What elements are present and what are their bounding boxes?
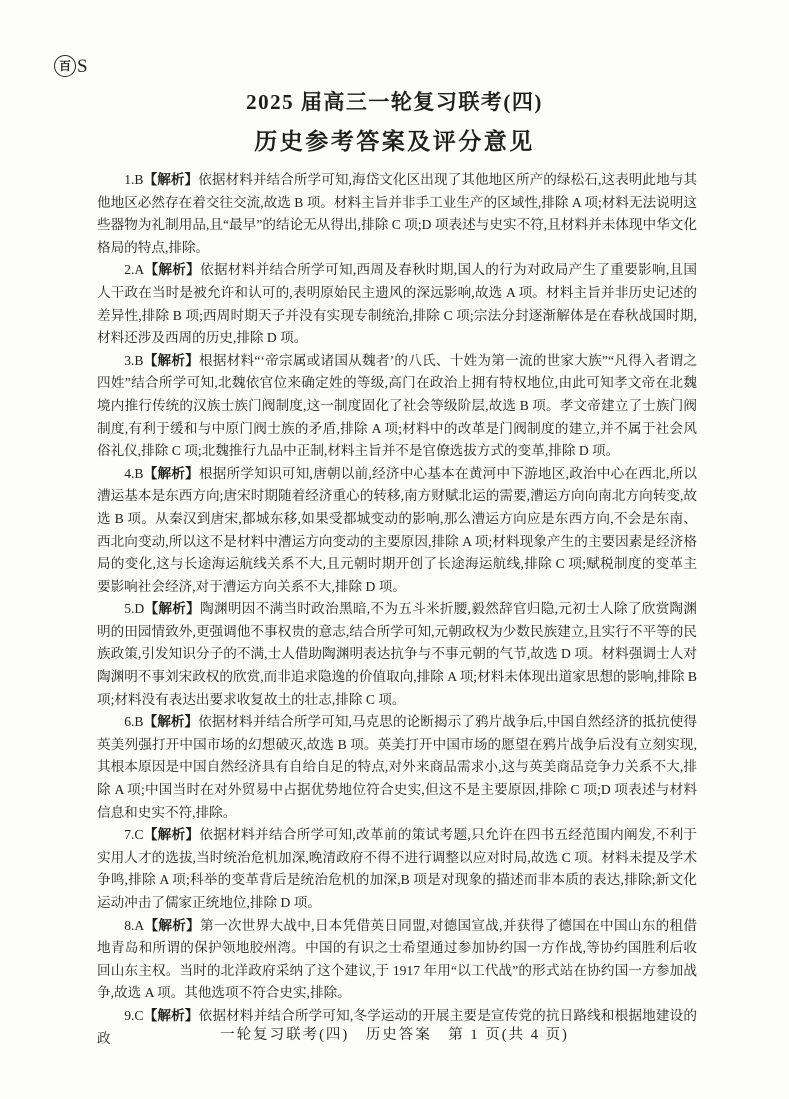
analysis-tag: 【解析】 <box>143 353 199 368</box>
analysis-tag: 【解析】 <box>144 262 200 277</box>
answer-number: 7.C <box>124 827 143 842</box>
exam-title: 2025 届高三一轮复习联考(四) <box>0 86 789 116</box>
answer-item-7: 7.C【解析】依据材料并结合所学可知,改革前的策试考题,只允许在四书五经范围内阐… <box>97 824 697 914</box>
logo-suffix: S <box>77 57 88 76</box>
analysis-tag: 【解析】 <box>143 466 199 481</box>
answer-number: 6.B <box>124 714 143 729</box>
answer-item-6: 6.B【解析】依据材料并结合所学可知,马克思的论断揭示了鸦片战争后,中国自然经济… <box>97 711 697 824</box>
answer-number: 5.D <box>124 601 144 616</box>
answer-item-2: 2.A【解析】依据材料并结合所学可知,西周及春秋时期,国人的行为对政局产生了重要… <box>97 259 697 349</box>
answer-item-4: 4.B【解析】根据所学知识可知,唐朝以前,经济中心基本在黄河中下游地区,政治中心… <box>97 463 697 599</box>
answers-body: 1.B【解析】依据材料并结合所学可知,海岱文化区出现了其他地区所产的绿松石,这表… <box>97 169 697 1050</box>
logo-circle-icon: 百 <box>54 55 76 77</box>
answer-text: 根据材料“‘帝宗属或诸国从魏者’的八氏、十姓为第一流的世家大族”“凡得入者谓之四… <box>97 353 697 458</box>
answer-text: 陶渊明因不满当时政治黑暗,不为五斗米折腰,毅然辞官归隐,元初士人除了欣赏陶渊明的… <box>97 601 697 706</box>
answer-number: 3.B <box>124 353 143 368</box>
analysis-tag: 【解析】 <box>143 714 198 729</box>
answer-item-8: 8.A【解析】第一次世界大战中,日本凭借英日同盟,对德国宣战,并获得了德国在中国… <box>97 915 697 1005</box>
answer-text: 依据材料并结合所学可知,马克思的论断揭示了鸦片战争后,中国自然经济的抵抗使得英美… <box>97 714 697 819</box>
answer-number: 1.B <box>124 172 143 187</box>
answer-item-3: 3.B【解析】根据材料“‘帝宗属或诸国从魏者’的八氏、十姓为第一流的世家大族”“… <box>97 350 697 463</box>
analysis-tag: 【解析】 <box>144 918 200 933</box>
answer-number: 9.C <box>124 1008 143 1023</box>
answers-subtitle: 历史参考答案及评分意见 <box>0 123 789 156</box>
analysis-tag: 【解析】 <box>143 827 199 842</box>
page-footer: 一轮复习联考(四) 历史答案 第 1 页(共 4 页) <box>0 1023 789 1044</box>
analysis-tag: 【解析】 <box>143 172 198 187</box>
document-page: 百S 2025 届高三一轮复习联考(四) 历史参考答案及评分意见 1.B【解析】… <box>0 0 789 1099</box>
answer-number: 8.A <box>124 918 144 933</box>
answer-number: 4.B <box>124 466 143 481</box>
answer-number: 2.A <box>124 262 144 277</box>
answer-item-5: 5.D【解析】陶渊明因不满当时政治黑暗,不为五斗米折腰,毅然辞官归隐,元初士人除… <box>97 598 697 711</box>
analysis-tag: 【解析】 <box>144 601 200 616</box>
publisher-logo: 百S <box>54 55 88 77</box>
answer-item-1: 1.B【解析】依据材料并结合所学可知,海岱文化区出现了其他地区所产的绿松石,这表… <box>97 169 697 259</box>
analysis-tag: 【解析】 <box>143 1008 198 1023</box>
answer-text: 根据所学知识可知,唐朝以前,经济中心基本在黄河中下游地区,政治中心在西北,所以漕… <box>97 466 697 594</box>
